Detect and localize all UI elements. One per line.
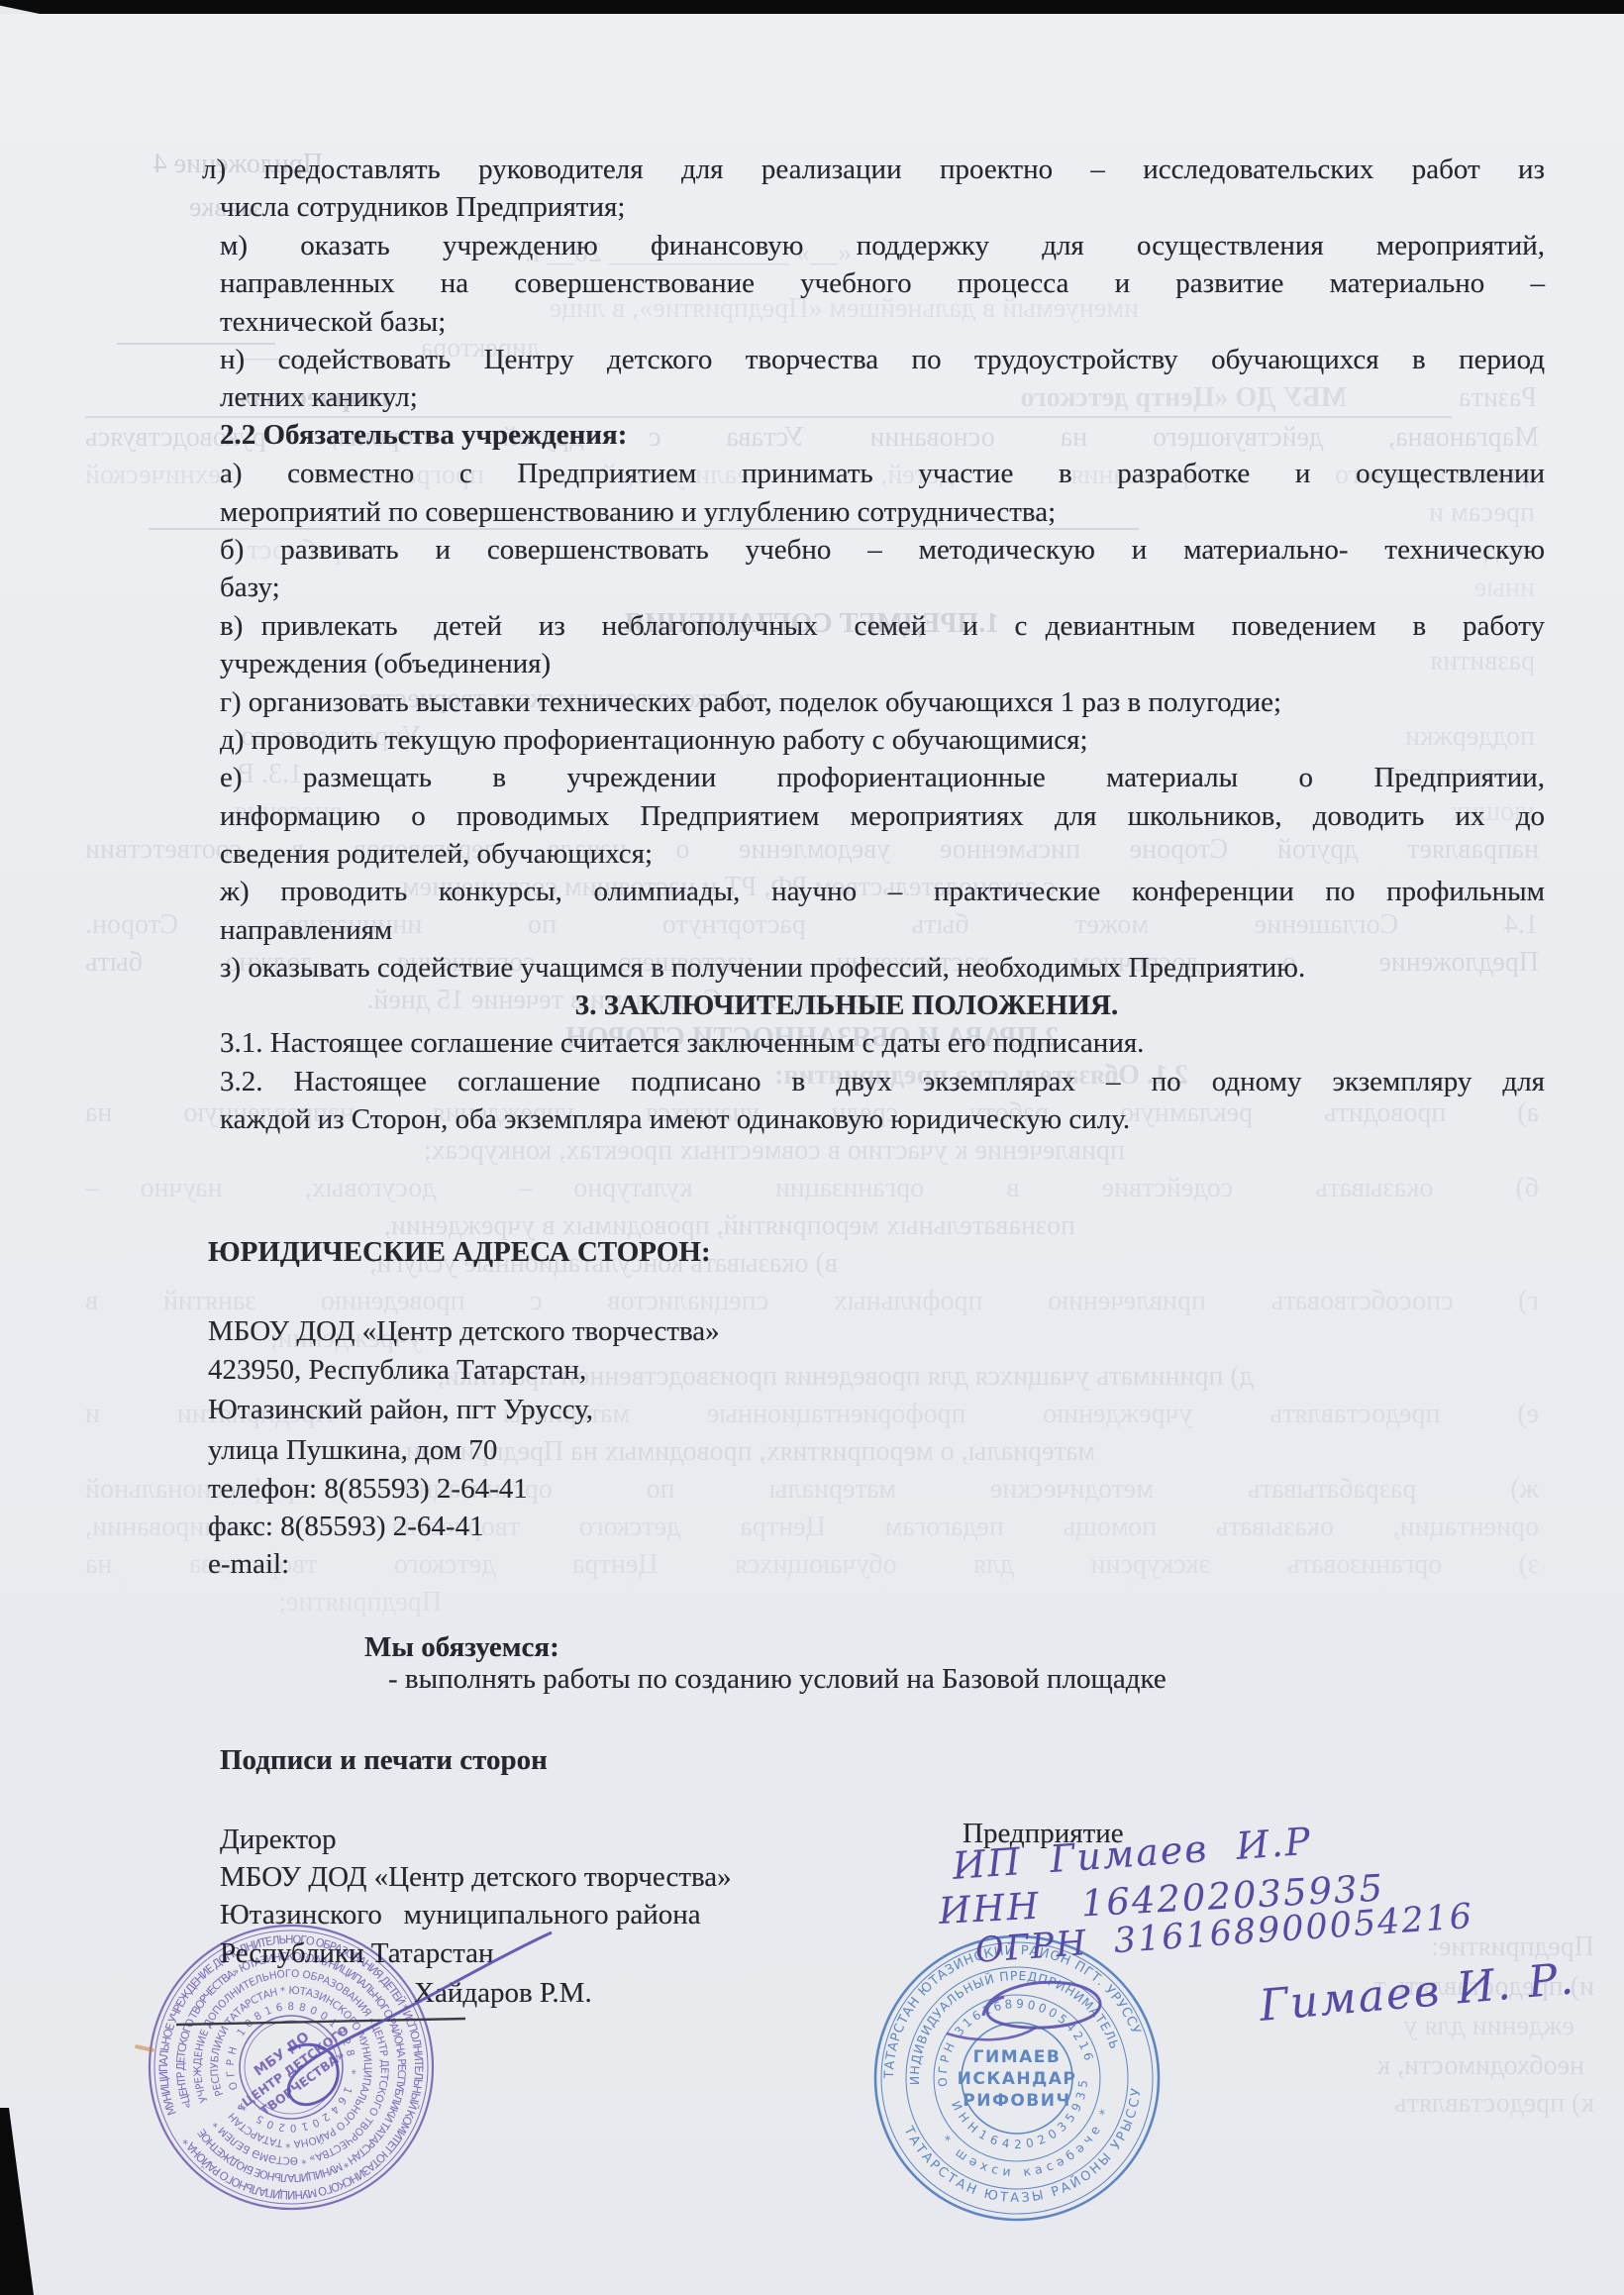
scanned-document-page: Приложение 4заявке«__» _____________ 20_… (0, 0, 1624, 2295)
handwriting-layer: ИП Гимаев И.РИНН 164202035935ОГРН 316168… (0, 0, 1624, 2295)
handwriting-line: Гимаев И. Р. (1258, 1953, 1577, 2032)
